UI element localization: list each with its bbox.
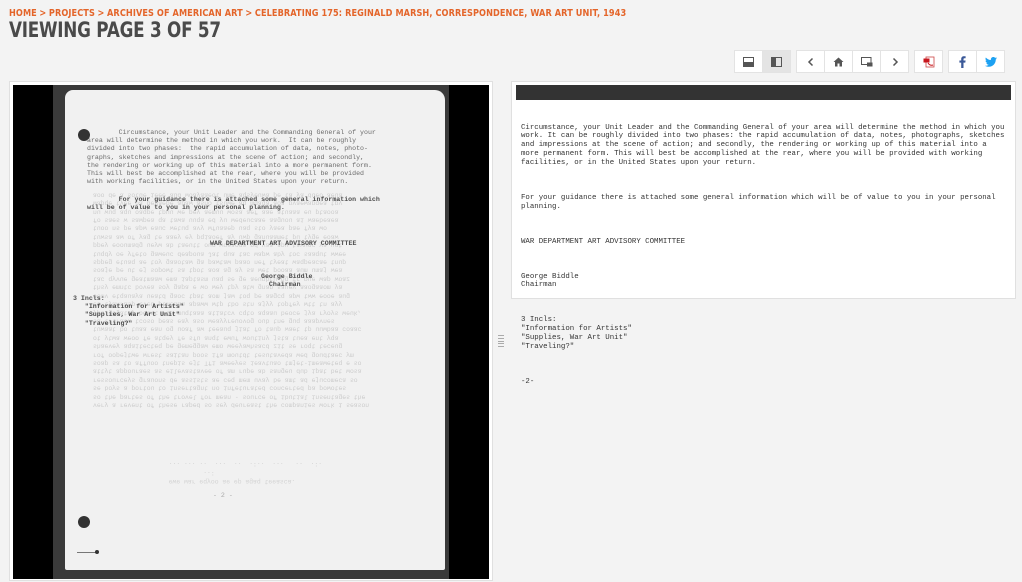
- page-title: VIEWING PAGE 3 OF 57: [9, 18, 221, 42]
- scan-mark: [77, 552, 97, 553]
- transcription-paragraph: Circumstance, your Unit Leader and the C…: [521, 124, 1006, 168]
- pdf-icon: [923, 56, 935, 68]
- navigation-button-group: [797, 50, 909, 73]
- share-button-group: [949, 50, 1005, 73]
- transcription-header-bar: [516, 85, 1011, 100]
- transcription-paragraph: WAR DEPARTMENT ART ADVISORY COMMITTEE: [521, 238, 1006, 247]
- page-scan-image[interactable]: very a revent of these raped so sey deur…: [13, 85, 489, 579]
- page-gallery-button[interactable]: [852, 50, 881, 73]
- transcription-panel: Circumstance, your Unit Leader and the C…: [511, 81, 1016, 299]
- scan-enclosures: 3 Incls: "Information for Artists" "Supp…: [73, 295, 184, 328]
- scanned-document-page: very a revent of these raped so sey deur…: [65, 90, 445, 570]
- panel-resize-handle[interactable]: [498, 335, 504, 347]
- previous-page-button[interactable]: [796, 50, 825, 73]
- page-image-viewer[interactable]: very a revent of these raped so sey deur…: [9, 81, 493, 581]
- download-pdf-button[interactable]: [914, 50, 943, 73]
- bleed-through-text: ewe war eqyoo ae ep agaq teeasca. ..: ..…: [115, 460, 322, 485]
- scan-mark: [95, 550, 99, 554]
- layout-vertical-button[interactable]: [762, 50, 791, 73]
- breadcrumb-project[interactable]: CELEBRATING 175: REGINALD MARSH, CORRESP…: [255, 8, 626, 19]
- twitter-share-button[interactable]: [976, 50, 1005, 73]
- next-page-button[interactable]: [880, 50, 909, 73]
- transcription-paragraph: -2-: [521, 378, 1006, 387]
- transcription-paragraph: For your guidance there is attached some…: [521, 194, 1006, 212]
- twitter-icon: [985, 57, 997, 67]
- scan-committee: WAR DEPARTMENT ART ADVISORY COMMITTEE: [210, 240, 356, 248]
- pdf-button-group: [915, 50, 943, 73]
- layout-vertical-icon: [771, 57, 782, 67]
- transcription-paragraph: 3 Incls: "Information for Artists" "Supp…: [521, 316, 1006, 351]
- chevron-right-icon: [891, 57, 899, 67]
- binder-hole: [78, 516, 90, 528]
- scan-paragraph-2: For your guidance there is attached some…: [87, 196, 380, 212]
- home-icon: [833, 57, 844, 67]
- layout-horizontal-icon: [743, 57, 754, 67]
- layout-button-group: [735, 50, 791, 73]
- facebook-share-button[interactable]: [948, 50, 977, 73]
- scan-signature: George Biddle Chairman: [261, 273, 312, 289]
- transcription-text: Circumstance, your Unit Leader and the C…: [512, 100, 1015, 419]
- scan-paragraph-1: Circumstance, your Unit Leader and the C…: [87, 129, 376, 186]
- viewer-toolbar: [735, 50, 1011, 73]
- gallery-icon: [861, 57, 873, 67]
- layout-horizontal-button[interactable]: [734, 50, 763, 73]
- chevron-left-icon: [807, 57, 815, 67]
- transcription-paragraph: George Biddle Chairman: [521, 273, 1006, 291]
- facebook-icon: [959, 56, 966, 68]
- scan-footer: - 2 -: [213, 492, 233, 500]
- project-home-button[interactable]: [824, 50, 853, 73]
- breadcrumb-separator: >: [245, 8, 252, 19]
